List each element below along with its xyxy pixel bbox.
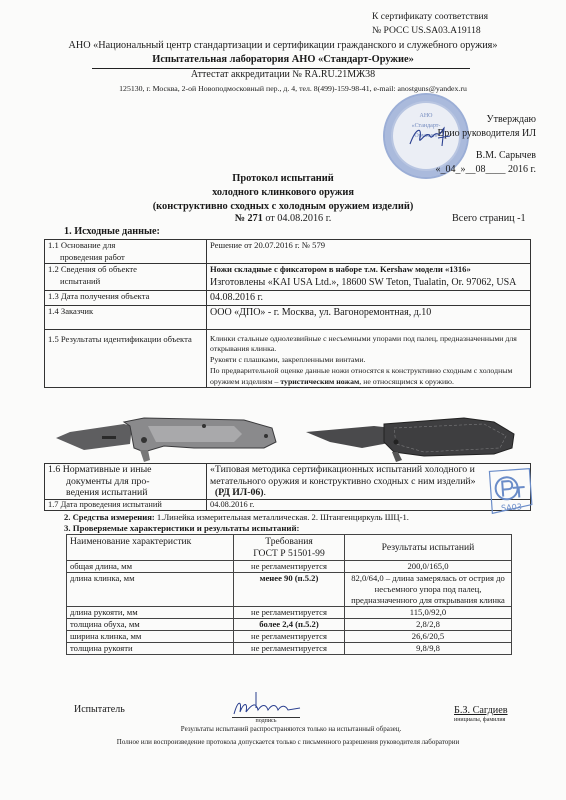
row-value: Ножи складные с фиксатором в наборе т.м.… — [207, 264, 531, 291]
column-header: Результаты испытаний — [345, 535, 512, 561]
table-row: 1.4 Заказчик ООО «ДПО» - г. Москва, ул. … — [45, 305, 531, 329]
protocol-number-label: № 271 — [235, 213, 263, 224]
tester-signature-icon — [226, 690, 306, 718]
text-span: туристическим ножам — [280, 377, 359, 386]
accreditation-number: Аттестат аккредитации № RA.RU.21МЖ38 — [0, 69, 566, 80]
section-2-heading: 2. Средства измерения: — [64, 512, 155, 522]
row-value: «Типовая методика сертификационных испыт… — [207, 464, 531, 500]
knife-photos — [44, 412, 531, 464]
requirement: не регламентируется — [234, 643, 345, 655]
row-label-text: проведения работ — [48, 252, 203, 264]
name-caption: инициалы, фамилия — [454, 717, 505, 723]
row-number: 1.6 — [48, 464, 60, 475]
signature-caption: подпись — [232, 718, 300, 724]
identification-text: Рукояти с плашками, закрепленными винтам… — [210, 355, 527, 366]
product-name: Ножи складные с фиксатором в наборе т.м.… — [210, 264, 471, 274]
knife-image-right — [306, 418, 514, 462]
row-label-text: документы для про- — [48, 476, 203, 488]
requirement: не регламентируется — [234, 607, 345, 619]
footer-note: Результаты испытаний распространяются то… — [0, 725, 566, 733]
table-row: ширина клинка, ммне регламентируется26,6… — [67, 631, 512, 643]
mark-code: SA03 — [501, 502, 522, 512]
manufacturer: Изготовлены «KAI USA Ltd.», — [210, 277, 339, 288]
methodology-code: (РД ИЛ-06) — [215, 487, 264, 498]
initial-data-table: 1.1 Основание для проведения работ Решен… — [44, 239, 531, 388]
table-row: 1.6 Нормативные и иные документы для про… — [45, 464, 531, 500]
table-row: толщина обуха, ммболее 2,4 (п.5.2)2,8/2,… — [67, 619, 512, 631]
certification-mark-icon: SA03 — [485, 466, 536, 519]
protocol-title: Протокол испытаний холодного клинкового … — [0, 172, 566, 214]
requirement: не регламентируется — [234, 631, 345, 643]
row-label: 1.2 Сведения об объекте испытаний — [45, 264, 207, 291]
approver-signature-icon — [408, 124, 452, 150]
laboratory-name: Испытательная лаборатория АНО «Стандарт-… — [0, 54, 566, 65]
table-row: 1.2 Сведения об объекте испытаний Ножи с… — [45, 264, 531, 291]
table-row: 1.3 Дата получения объекта 04.08.2016 г. — [45, 290, 531, 305]
row-value: Клинки стальные однолезвийные с несъемны… — [207, 329, 531, 388]
row-label: 1.6 Нормативные и иные документы для про… — [45, 464, 207, 500]
requirement: менее 90 (п.5.2) — [234, 573, 345, 607]
test-result: 200,0/165,0 — [345, 561, 512, 573]
table-row: 1.5 Результаты идентификации объекта Кли… — [45, 329, 531, 388]
test-result: 9,8/9,8 — [345, 643, 512, 655]
organization-name: АНО «Национальный центр стандартизации и… — [0, 40, 566, 51]
text-span: . — [264, 487, 266, 498]
certificate-label: К сертификату соответствия — [372, 10, 488, 24]
table-row: 1.1 Основание для проведения работ Решен… — [45, 240, 531, 264]
manufacturer-address: 18600 SW Teton, Tualatin, Or. 97062, USA — [339, 277, 517, 288]
row-label: 1.1 Основание для проведения работ — [45, 240, 207, 264]
knife-image-left — [56, 418, 276, 462]
test-result: 115,0/92,0 — [345, 607, 512, 619]
protocol-date: от 04.08.2016 г. — [263, 213, 331, 224]
measurement-tools: 1.Линейка измерительная металлическая. 2… — [155, 512, 409, 522]
test-result: 2,8/2,8 — [345, 619, 512, 631]
row-value: ООО «ДПО» - г. Москва, ул. Вагоноремонтн… — [207, 305, 531, 329]
test-result: 82,0/64,0 – длина замерялась от острия д… — [345, 573, 512, 607]
characteristic-name: толщина рукояти — [67, 643, 234, 655]
row-label-text: Нормативные и иные — [63, 464, 152, 475]
approver-name: В.М. Сарычев — [396, 149, 536, 163]
row-value: 04.08.2016 г. — [207, 290, 531, 305]
methodology-table: 1.6 Нормативные и иные документы для про… — [44, 463, 531, 511]
total-pages: Всего страниц -1 — [452, 213, 526, 224]
column-header-text: Требования — [237, 536, 341, 548]
row-label: 1.3 Дата получения объекта — [45, 290, 207, 305]
row-label-text: испытаний — [48, 276, 203, 288]
identification-text: Клинки стальные однолезвийные с несъемны… — [210, 334, 527, 356]
row-value: Решение от 20.07.2016 г. № 579 — [207, 240, 531, 264]
row-label: 1.7 Дата проведения испытаний — [45, 499, 207, 510]
row-number: 1.2 — [48, 264, 59, 274]
section-1-heading: 1. Исходные данные: — [64, 226, 160, 237]
text-span: , не относящимся к оружию. — [359, 377, 454, 386]
characteristic-name: общая длина, мм — [67, 561, 234, 573]
tester-name: Б.З. Сагдиев — [454, 705, 508, 716]
test-result: 26,6/20,5 — [345, 631, 512, 643]
certificate-reference: К сертификату соответствия № РОСС US.SA0… — [372, 10, 488, 38]
row-label-text: ведения испытаний — [48, 487, 203, 499]
table-row: 1.7 Дата проведения испытаний 04.08.2016… — [45, 499, 531, 510]
tester-label: Испытатель — [74, 704, 125, 715]
footer-note: Полное или воспроизведение протокола доп… — [0, 738, 566, 746]
certificate-number: № РОСС US.SA03.A19118 — [372, 24, 488, 38]
row-label: 1.4 Заказчик — [45, 305, 207, 329]
requirement: не регламентируется — [234, 561, 345, 573]
table-row: толщина рукоятине регламентируется9,8/9,… — [67, 643, 512, 655]
row-label-text: Основание для — [61, 240, 115, 250]
title-line: холодного клинкового оружия — [0, 186, 566, 200]
results-table: Наименование характеристик Требования ГО… — [66, 534, 512, 655]
requirement: более 2,4 (п.5.2) — [234, 619, 345, 631]
table-header-row: Наименование характеристик Требования ГО… — [67, 535, 512, 561]
title-line: Протокол испытаний — [0, 172, 566, 186]
column-header: Наименование характеристик — [67, 535, 234, 561]
table-row: длина рукояти, ммне регламентируется115,… — [67, 607, 512, 619]
row-number: 1.1 — [48, 240, 59, 250]
row-label: 1.5 Результаты идентификации объекта — [45, 329, 207, 388]
row-value: 04.08.2016 г. — [207, 499, 531, 510]
column-header: Требования ГОСТ Р 51501-99 — [234, 535, 345, 561]
table-row: общая длина, ммне регламентируется200,0/… — [67, 561, 512, 573]
column-header-text: ГОСТ Р 51501-99 — [237, 548, 341, 560]
address-line: 125130, г. Москва, 2-ой Новоподмосковный… — [0, 84, 566, 93]
methodology-name: «Типовая методика сертификационных испыт… — [210, 464, 476, 487]
characteristic-name: ширина клинка, мм — [67, 631, 234, 643]
table-row: длина клинка, ммменее 90 (п.5.2)82,0/64,… — [67, 573, 512, 607]
characteristic-name: длина рукояти, мм — [67, 607, 234, 619]
section-3-heading: 3. Проверяемые характеристики и результа… — [64, 523, 299, 533]
section-2: 2. Средства измерения: 1.Линейка измерит… — [64, 512, 409, 522]
title-line: (конструктивно сходных с холодным оружие… — [0, 200, 566, 214]
characteristic-name: толщина обуха, мм — [67, 619, 234, 631]
characteristic-name: длина клинка, мм — [67, 573, 234, 607]
identification-text: По предварительной оценке данные ножи от… — [210, 366, 527, 388]
row-label-text: Сведения об объекте — [61, 264, 137, 274]
